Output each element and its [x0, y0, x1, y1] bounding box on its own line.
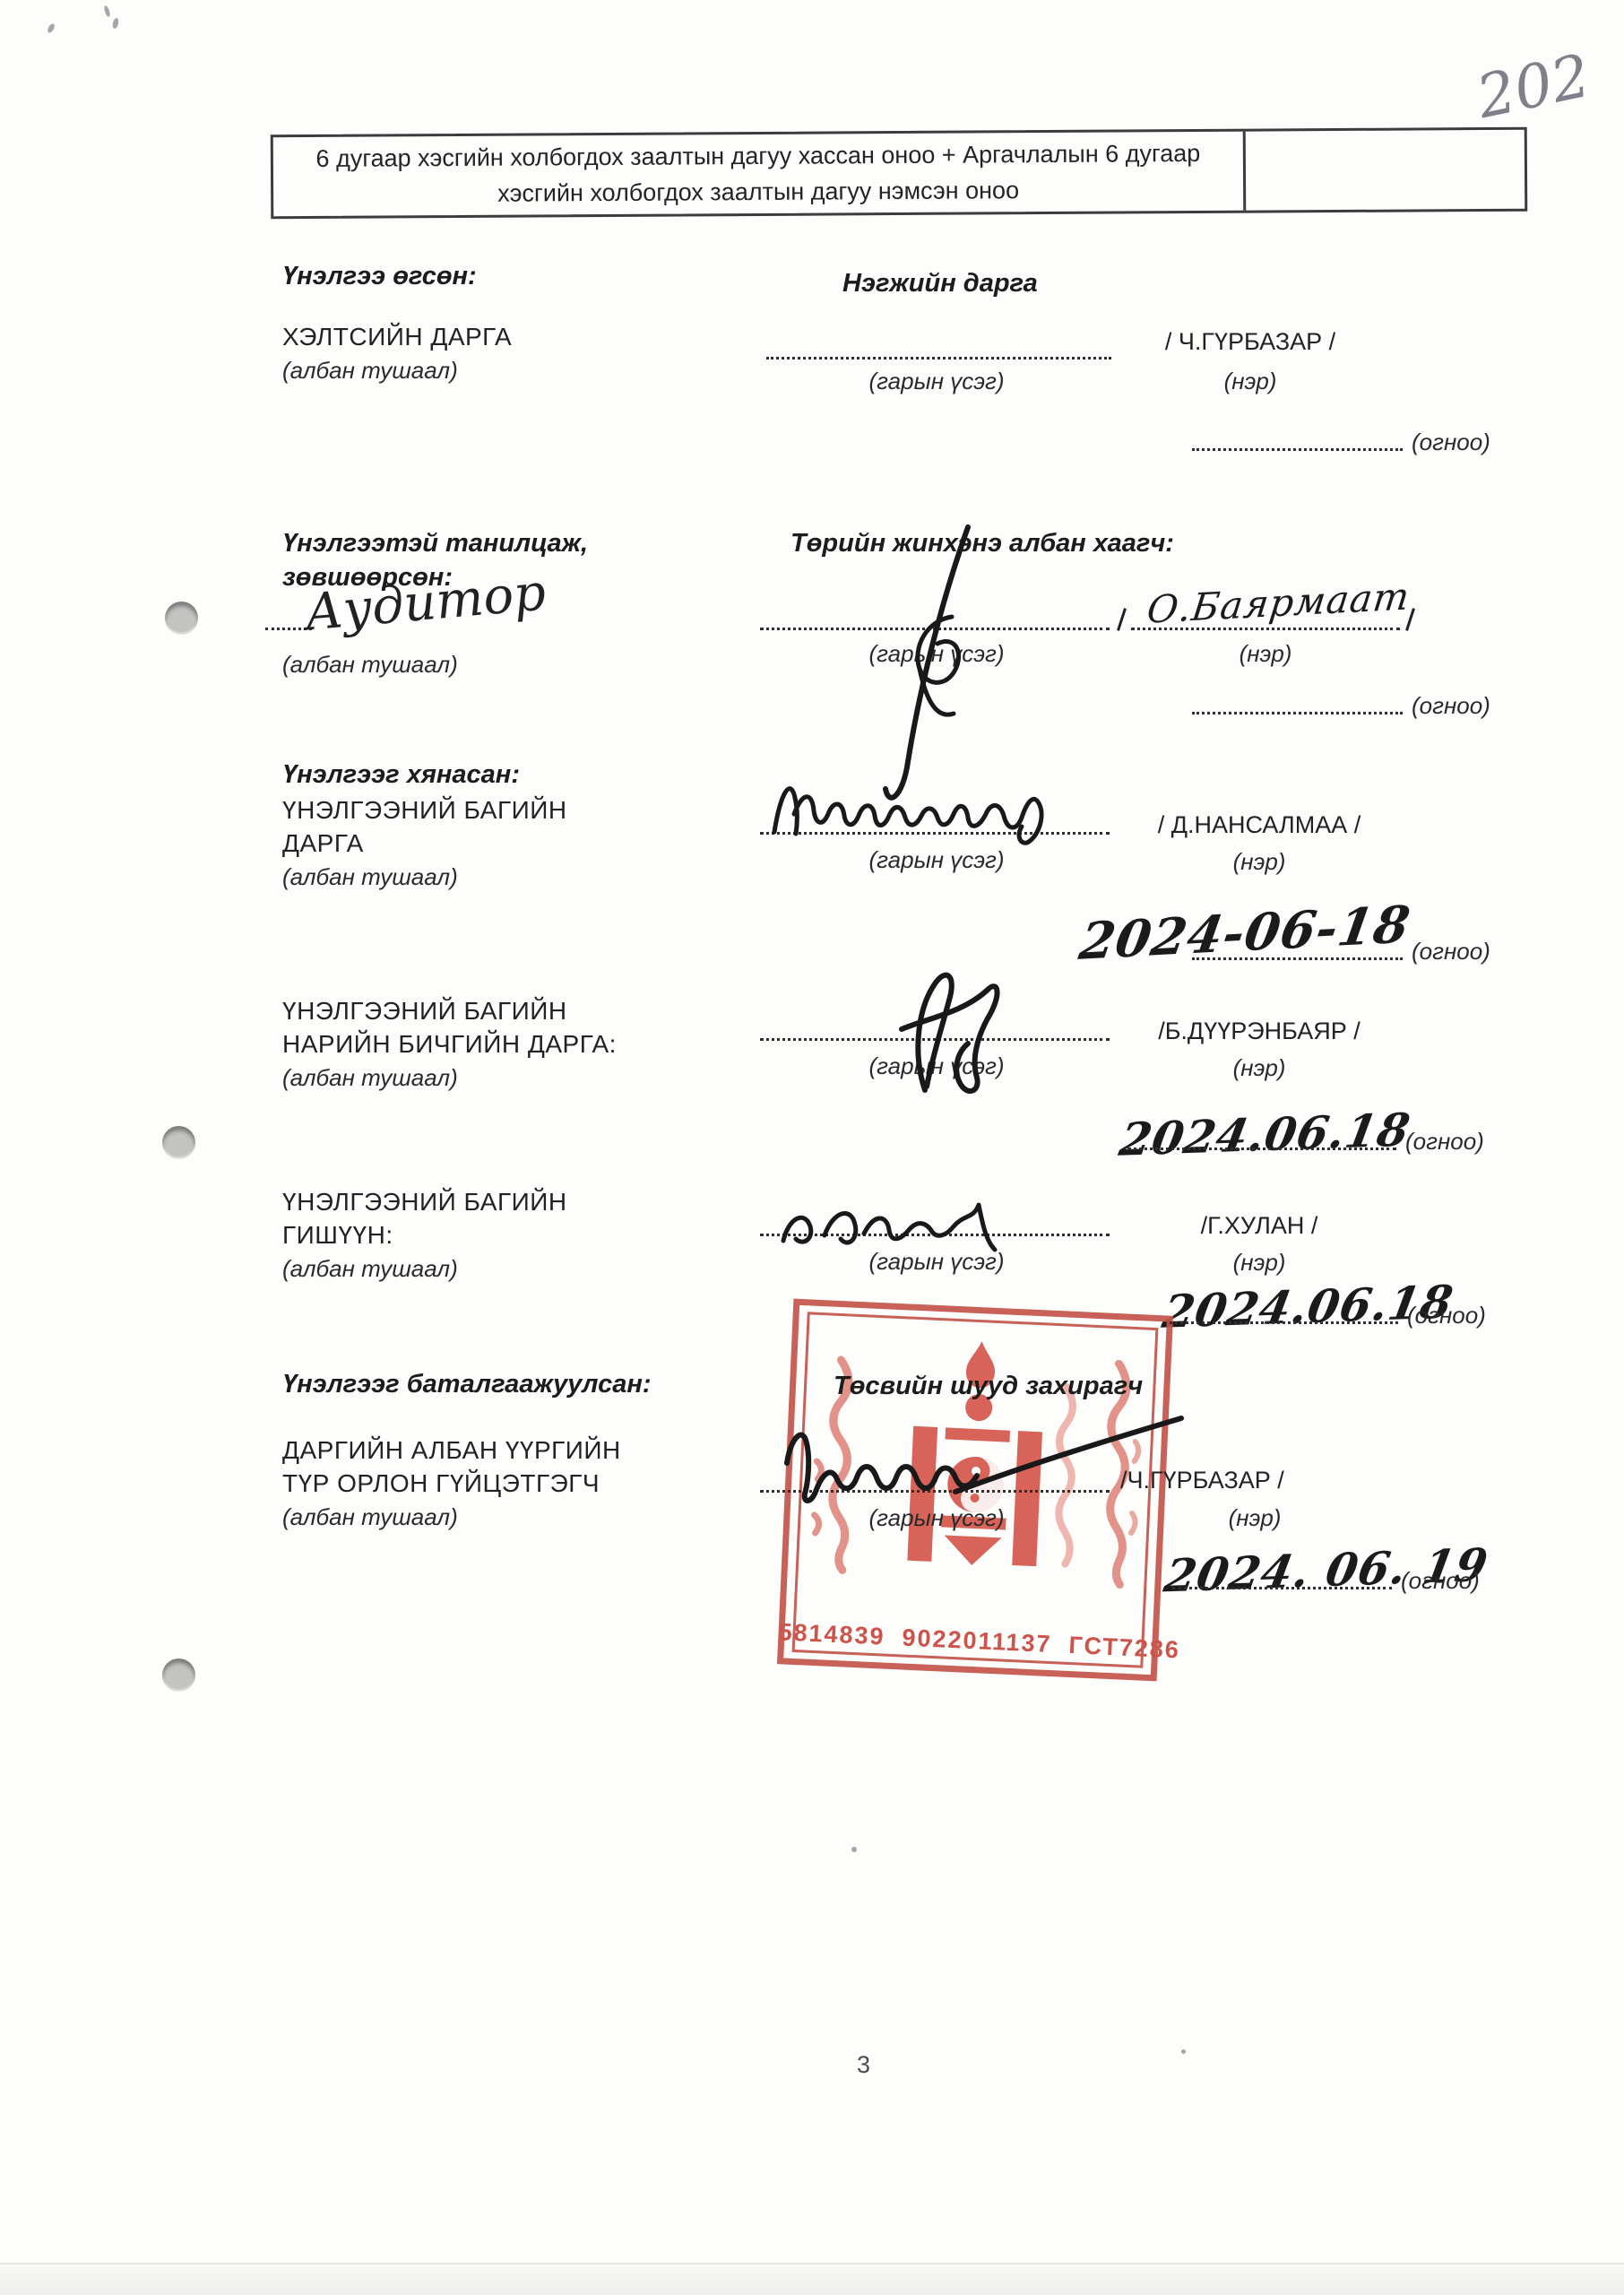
date-caption: (огноо) [1412, 429, 1490, 456]
pencil-speck [47, 22, 56, 34]
name-caption: (нэр) [1116, 368, 1385, 395]
section-approved-heading: Үнэлгээг баталгаажуулсан: [282, 1370, 652, 1399]
position-title-1: ҮНЭЛГЭЭНИЙ БАГИЙН [282, 1188, 567, 1217]
signer-name: / Ч.ГҮРБАЗАР / [1116, 328, 1385, 356]
date-caption: (огноо) [1407, 1302, 1486, 1329]
date-dots [1192, 712, 1403, 714]
signer-name: /Г.ХУЛАН / [1116, 1212, 1403, 1240]
section-ack-heading-1: Үнэлгээтэй танилцаж, [282, 529, 588, 559]
date-caption: (огноо) [1401, 1567, 1480, 1595]
signature-scribble [773, 1192, 1024, 1255]
date-dots [1170, 1321, 1398, 1324]
scanned-document-page: { "page": { "corner_note": "202", "page_… [0, 0, 1624, 2295]
slash-mark [1117, 608, 1127, 631]
handwritten-name: О.Баярмаат [1145, 574, 1412, 632]
signature-flourish [834, 511, 1067, 807]
date-line: (огноо) [1170, 1302, 1486, 1329]
position-caption: (албан тушаал) [282, 1255, 458, 1283]
signer-name: / Д.НАНСАЛМАА / [1116, 811, 1403, 839]
signature-scribble [764, 1406, 1194, 1522]
score-summary-text: 6 дугаар хэсгийн холбогдох заалтын дагуу… [273, 132, 1247, 217]
date-dots [1172, 1587, 1392, 1589]
scan-edge [0, 2263, 1624, 2295]
signature-line [766, 357, 1111, 359]
position-dots [265, 628, 312, 630]
date-caption: (огноо) [1412, 938, 1490, 966]
date-dots [1127, 1147, 1396, 1150]
date-line: (огноо) [1172, 1567, 1480, 1595]
position-caption: (албан тушаал) [282, 1503, 458, 1531]
date-line: (огноо) [1192, 429, 1490, 456]
date-caption: (огноо) [1405, 1128, 1484, 1156]
hole-punch [165, 602, 198, 635]
date-dots [1192, 957, 1403, 960]
date-dots [1192, 448, 1403, 451]
position-caption: (албан тушаал) [282, 651, 458, 679]
name-caption: (нэр) [1116, 1249, 1403, 1277]
hole-punch [162, 1658, 195, 1692]
position-title-1: ҮНЭЛГЭЭНИЙ БАГИЙН [282, 997, 567, 1026]
handwritten-folio-number: 202 [1471, 41, 1595, 133]
date-line: (огноо) [1192, 938, 1490, 966]
date-caption: (огноо) [1412, 692, 1490, 720]
score-value-cell [1246, 130, 1525, 211]
name-line [1131, 628, 1400, 630]
name-caption: (нэр) [1131, 640, 1400, 668]
page-number: 3 [857, 2051, 870, 2079]
position-caption: (албан тушаал) [282, 1064, 458, 1092]
position-title-2: ТҮР ОРЛОН ГҮЙЦЭТГЭГЧ [282, 1469, 600, 1498]
section-reviewed-heading: Үнэлгээг хянасан: [282, 760, 520, 790]
signature-scribble [762, 773, 1058, 853]
pencil-speck [103, 5, 111, 18]
name-caption: (нэр) [1116, 848, 1403, 876]
hole-punch [162, 1126, 195, 1159]
name-caption: (нэр) [1116, 1054, 1403, 1082]
budget-director-heading: Төсвийн шууд захирагч [834, 1372, 1143, 1401]
position-title-1: ДАРГИЙН АЛБАН ҮҮРГИЙН [282, 1436, 621, 1465]
date-line: (огноо) [1127, 1128, 1484, 1156]
position-title: ХЭЛТСИЙН ДАРГА [282, 323, 512, 351]
signature-caption: (гарын үсэг) [771, 368, 1102, 395]
section-ack-heading-2: зөвшөөрсөн: [282, 563, 453, 593]
position-caption: (албан тушаал) [282, 863, 458, 891]
pencil-speck [112, 18, 119, 30]
position-title-1: ҮНЭЛГЭЭНИЙ БАГИЙН [282, 796, 567, 825]
signature-monogram [887, 966, 1004, 1101]
score-summary-box: 6 дугаар хэсгийн холбогдох заалтын дагуу… [271, 127, 1528, 220]
date-line: (огноо) [1192, 692, 1490, 720]
position-caption: (албан тушаал) [282, 357, 458, 385]
position-title-2: НАРИЙН БИЧГИЙН ДАРГА: [282, 1030, 617, 1059]
ink-speck [1181, 2049, 1186, 2054]
unit-head-heading: Нэгжийн дарга [842, 269, 1038, 299]
position-title-2: ДАРГА [282, 829, 364, 858]
position-title-2: ГИШҮҮН: [282, 1221, 393, 1250]
section-given-heading: Үнэлгээ өгсөн: [282, 262, 477, 291]
signer-name: /Б.ДҮҮРЭНБАЯР / [1116, 1018, 1403, 1045]
ink-speck [851, 1847, 857, 1852]
